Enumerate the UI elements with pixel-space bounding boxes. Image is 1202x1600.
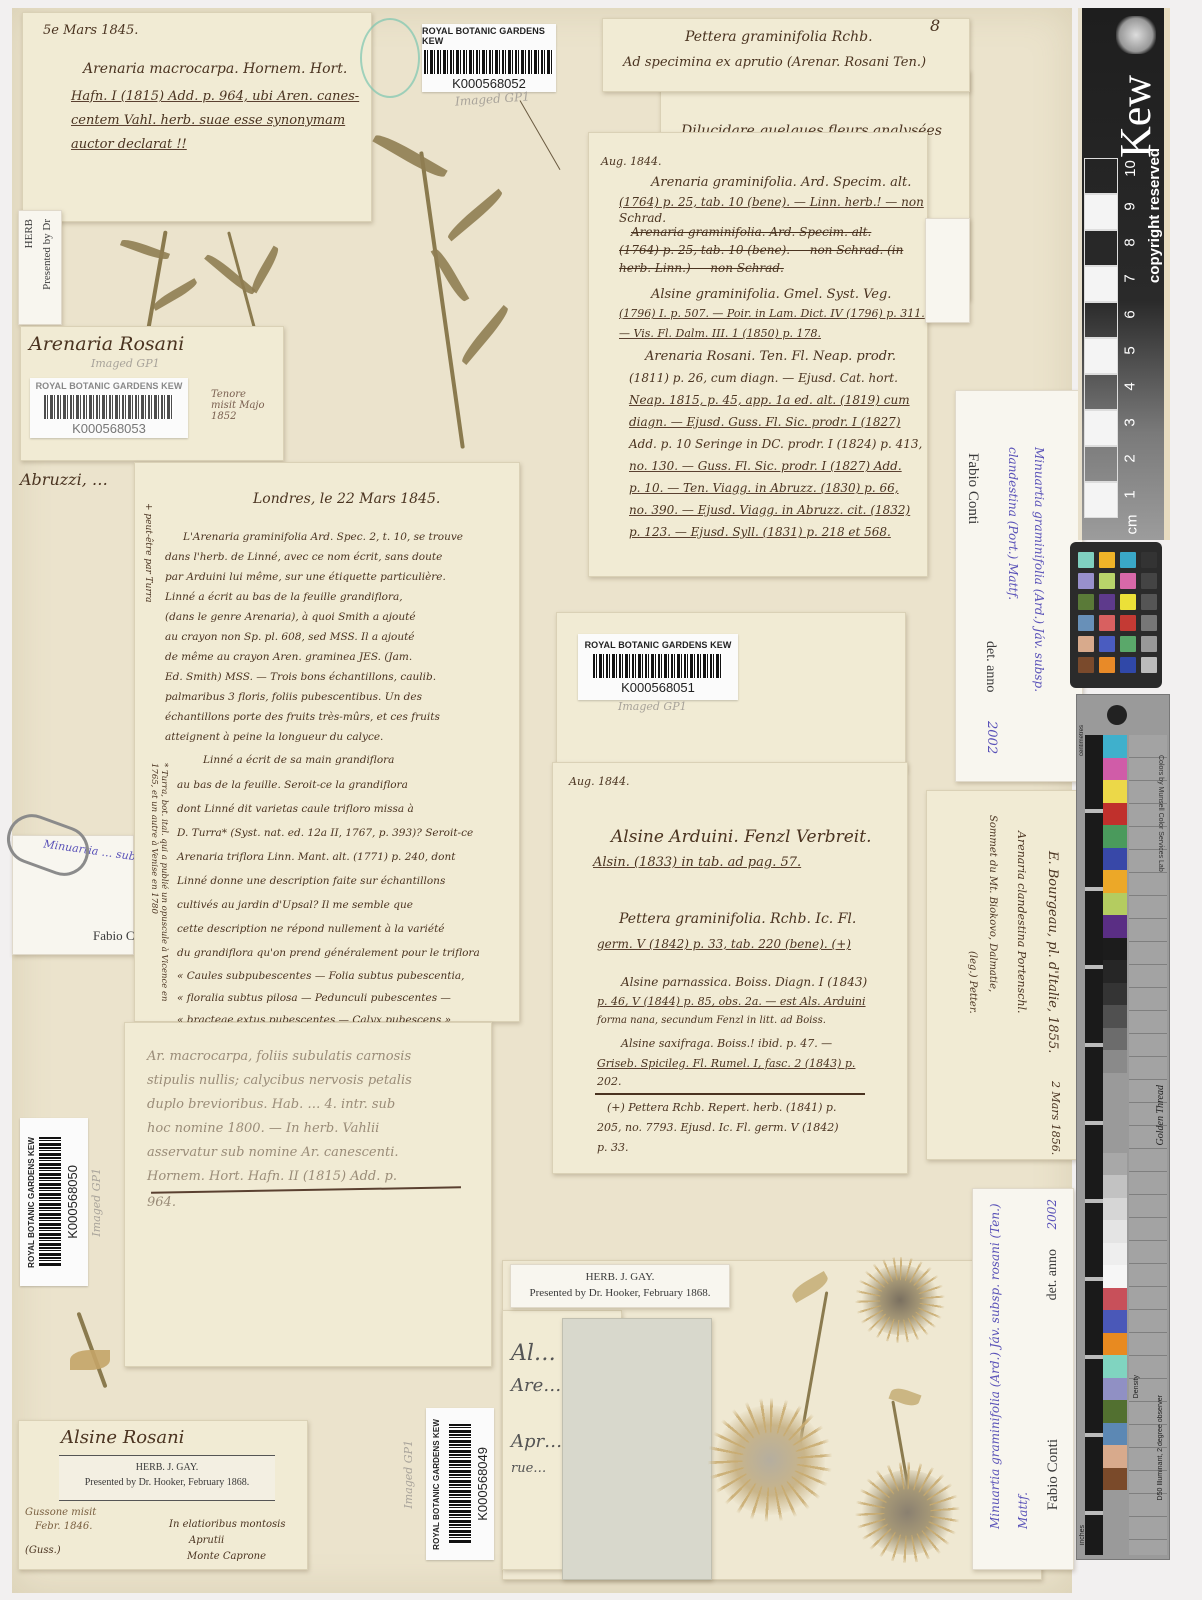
bourgeau-line: 2 Mars 1856. [1049,1081,1062,1155]
locality-note: In elatioribus montosis [169,1519,285,1530]
herb-line: Presented by Dr. Hooker, February 1868. [511,1287,729,1299]
note-line: duplo brevioribus. Hab. … 4. intr. sub [147,1097,395,1112]
notes-line: Add. p. 10 Seringe in DC. prodr. I (1824… [629,437,922,451]
barcode-bars [39,1137,61,1267]
color-patch [1141,657,1157,673]
letter-line: du grandiflora qu'on prend généralement … [177,941,513,965]
notes-line: Alsine saxifraga. Boiss.! ibid. p. 47. — [621,1037,832,1050]
small-white-slip [925,218,970,323]
barcode-number: K000568049 [475,1447,490,1521]
notes-line: diagn. — Ejusd. Guss. Fl. Sic. prodr. I … [629,415,901,429]
notes-line: p. 33. [597,1141,629,1154]
ruler-tick-label: 8 [1122,238,1139,246]
det-year: 2002 [1045,1199,1059,1230]
locality-note: Aprutii [189,1535,224,1546]
barcode-institution: ROYAL BOTANIC GARDENS KEW [585,640,732,650]
label-line: auctor declarat !! [71,137,187,152]
notes-line: no. 130. — Guss. Fl. Sic. prodr. I (1827… [629,459,902,473]
notes-line: germ. V (1842) p. 33, tab. 220 (bene). (… [597,937,851,951]
ruler-tick-label: 6 [1122,310,1139,318]
brand-label: Golden Thread [1155,1085,1166,1145]
herb-gay-stamp: HERB. J. GAY. Presented by Dr. Hooker, F… [59,1455,275,1501]
letter-line: « Caules subpubescentes — Folia subtus p… [177,965,513,987]
notes-line-struck: herb. Linn.) — non Schrad. [619,261,784,275]
notes-line: (1796) I. p. 507. — Poir. in Lam. Dict. … [619,307,925,320]
letter-line: au bas de la feuille. Seroit-ce la grand… [177,773,513,797]
copyright-text: copyright reserved [1146,148,1163,283]
label-line: Arenaria macrocarpa. Hornem. Hort. [83,61,347,77]
ruler-tick-label: 1 [1122,490,1139,498]
barcode-number: K000568050 [65,1165,80,1239]
barcode-institution: ROYAL BOTANIC GARDENS KEW [36,381,183,391]
barcode-label-k000568053: ROYAL BOTANIC GARDENS KEW K000568053 [30,378,188,438]
letter-londres-1845: Londres, le 22 Mars 1845. + peut-être pa… [134,462,520,1022]
ruler-tick-label: 3 [1122,418,1139,426]
color-patch [1120,594,1136,610]
letter-line: Linné donne une description faite sur éc… [177,869,513,893]
letter-line: atteignent à peine la longueur du calyce… [165,727,513,747]
barcode-label-k000568052: ROYAL BOTANIC GARDENS KEW K000568052 [422,24,556,92]
color-patch [1099,552,1115,568]
note-line: 964. [147,1195,176,1210]
bourgeau-line: Arenaria clandestina Portenschl. [1015,831,1028,1014]
color-target-card: Colors by Munsell Color Services Lab Gol… [1076,694,1170,1560]
label-date: 5e Mars 1845. [43,23,138,38]
barcode-institution: ROYAL BOTANIC GARDENS KEW [432,1419,441,1550]
notes-line: (+) Pettera Rchb. Repert. herb. (1841) p… [607,1101,836,1114]
color-patch [1099,636,1115,652]
munsell-credit: Colors by Munsell Color Services Lab [1157,755,1164,872]
color-patch [1120,657,1136,673]
locality-note: Monte Caprone [187,1551,266,1562]
letter-body: L'Arenaria graminifolia Ard. Spec. 2, t.… [183,527,513,1053]
color-checker-chart [1070,542,1162,688]
collector-note: Tenore misit Majo 1852 [211,389,271,422]
label-line: Pettera graminifolia Rchb. [685,29,873,45]
letter-heading: Londres, le 22 Mars 1845. [253,491,440,507]
notes-line: Griseb. Spicileg. Fl. Rumel. I, fasc. 2 … [597,1057,855,1070]
letter-line: palmaribus 3 floris, foliis pubescentibu… [165,687,513,707]
notes-line-struck: Arenaria graminifolia. Ard. Specim. alt. [631,225,871,239]
letter-line: échantillons porte des fruits très-mûrs,… [165,707,513,727]
notes-line: 202. [597,1075,622,1088]
centimetres-label: centimetres [1079,725,1085,756]
color-patch [1078,594,1094,610]
herb-line: HERB [23,219,35,248]
letter-line: Linné a écrit au bas de la feuille grand… [165,587,513,607]
notes-line: Pettera graminifolia. Rchb. Ic. Fl. [619,911,856,927]
barcode-number: K000568053 [72,421,146,436]
color-patch [1078,573,1094,589]
note-macrocarpa: Ar. macrocarpa, foliis subulatis carnosi… [124,1022,492,1367]
kew-scale-ruler: Kew copyright reserved 10 9 8 7 6 5 4 3 … [1078,8,1170,540]
letter-line: au crayon non Sp. pl. 608, sed MSS. Il a… [165,627,513,647]
letter-line: « floralia subtus pilosa — Pedunculi pub… [177,987,513,1009]
packet-line: Apr… [511,1431,562,1452]
letter-line: dont Linné dit varietas caule trifloro m… [177,797,513,821]
ruler-tick-label: 5 [1122,346,1139,354]
letter-line: Linné a écrit de sa main grandiflora [203,747,513,773]
barcode-label-k000568049: ROYAL BOTANIC GARDENS KEW K000568049 [426,1408,494,1560]
color-patch [1078,615,1094,631]
collector-note: (Guss.) [25,1545,61,1556]
species-name: Arenaria Rosani [29,333,184,355]
herb-line: HERB. J. GAY. [511,1271,729,1283]
packet-line: Al… [511,1341,556,1366]
inches-label: inches [1079,1525,1086,1545]
note-line: Hornem. Hort. Hafn. II (1815) Add. p. [147,1169,397,1184]
color-patch [1099,615,1115,631]
color-strip [1103,735,1127,1490]
det-year: 2002 [984,721,999,754]
bourgeau-line: E. Bourgeau, pl. d'Italie, 1855. [1045,851,1060,1053]
label-bourgeau: E. Bourgeau, pl. d'Italie, 1855. Arenari… [926,790,1078,1160]
notes-line: p. 123. — Ejusd. Syll. (1831) p. 218 et … [629,525,891,539]
color-patch [1099,573,1115,589]
label-line: centem Vahl. herb. suae esse synonymam [71,113,345,128]
underline-rule [151,1186,461,1193]
color-patch [1078,552,1094,568]
color-patch [1141,615,1157,631]
ruler-tick-label: 9 [1122,202,1139,210]
barcode-bars [593,654,723,678]
letter-line: (dans le genre Arenaria), à quoi Smith a… [165,607,513,627]
notes-line: Schrad. [619,211,666,225]
notes-line: (1764) p. 25, tab. 10 (bene). — Linn. he… [619,195,924,209]
collector-note: Gussone misit [25,1507,96,1518]
imaged-mark: Imaged GP1 [402,1440,415,1509]
bourgeau-line: (leg.) Petter. [967,951,978,1014]
ruler-unit-label: cm [1124,515,1141,535]
color-patch [1141,636,1157,652]
color-patch [1141,552,1157,568]
imaged-mark: Imaged GP1 [90,1168,103,1237]
color-patch [1099,594,1115,610]
letter-line: cette description ne répond nullement à … [177,917,513,941]
herb-gay-side-label: HERB Presented by Dr [18,210,62,325]
barcode-bars [44,395,174,419]
notes-line: Alsine graminifolia. Gmel. Syst. Veg. [651,287,891,302]
notes-line: — Vis. Fl. Dalm. III. 1 (1850) p. 178. [619,327,821,340]
barcode-number: K000568052 [452,76,526,91]
notes-line: forma nana, secundum Fenzl in litt. ad B… [597,1015,826,1026]
color-patch [1120,636,1136,652]
imaged-mark: Imaged GP1 [91,357,160,370]
det-slip-clandestina: Fabio Conti Minuartia graminifolia (Ard.… [955,390,1083,782]
collector-note: Febr. 1846. [35,1521,92,1532]
species-name: Alsine Rosani [61,1427,184,1448]
notes-line: Alsine parnassica. Boiss. Diagn. I (1843… [621,975,867,989]
color-patch [1141,573,1157,589]
color-patch [1099,657,1115,673]
barcode-bars [449,1424,471,1544]
glassine-packet [562,1318,712,1580]
determination-text: Minuartia graminifolia (Ard.) Jáv. subsp… [1000,447,1052,747]
notes-line: no. 390. — Ejusd. Viagg. in Abruzz. cit.… [629,503,910,517]
notes-date: Aug. 1844. [569,775,630,788]
notes-line: p. 10. — Ten. Viagg. in Abruzz. (1830) p… [629,481,899,495]
folder-number: 8 [930,16,940,35]
illuminant-label: D50 Illuminant, 2 degree observer [1157,1395,1164,1500]
barcode-label-k000568051: ROYAL BOTANIC GARDENS KEW K000568051 [578,634,738,700]
color-patch [1120,573,1136,589]
notes-line: Arenaria Rosani. Ten. Fl. Neap. prodr. [645,349,896,364]
color-patch [1120,615,1136,631]
letter-line: cultivés au jardin d'Upsal? Il me semble… [177,893,513,917]
herb-line: HERB. J. GAY. [59,1462,275,1473]
label-alsine-rosani: Alsine Rosani HERB. J. GAY. Presented by… [18,1420,308,1570]
notes-date: Aug. 1844. [601,155,662,168]
notes-line: 205, no. 7793. Ejusd. Ic. Fl. germ. V (1… [597,1121,839,1134]
density-label: Density [1133,1375,1140,1398]
barcode-institution: ROYAL BOTANIC GARDENS KEW [27,1137,36,1268]
notes-aug-1844-a: Aug. 1844. Arenaria graminifolia. Ard. S… [588,132,928,577]
letter-line: D. Turra* (Syst. nat. ed. 12a II, 1767, … [177,821,513,845]
letter-margin-note: + peut-être par Turra [143,503,153,602]
color-patch [1141,594,1157,610]
note-line: hoc nomine 1800. — In herb. Vahlii [147,1121,379,1136]
label-line: Hafn. I (1815) Add. p. 964, ubi Aren. ca… [71,89,359,104]
note-line: asservatur sub nomine Ar. canescenti. [147,1145,399,1160]
letter-line: Ed. Smith) MSS. — Trois bons échantillon… [165,667,513,687]
ruler-tick-label: 10 [1122,160,1139,177]
barcode-number: K000568051 [621,680,695,695]
notes-line: Alsin. (1833) in tab. ad pag. 57. [593,855,801,870]
color-patch [1078,657,1094,673]
label-pettera-graminifolia: Pettera graminifolia Rchb. Ad specimina … [602,18,970,92]
letter-line: de même au crayon Aren. graminea JES. (J… [165,647,513,667]
notes-line: Arenaria graminifolia. Ard. Specim. alt. [651,175,911,190]
notes-line: p. 46, V (1844) p. 85, obs. 2a. — est Al… [597,995,866,1008]
bourgeau-line: Sommet du Mt. Biokovo, Dalmatie, [987,815,998,992]
ruler-tick-label: 2 [1122,454,1139,462]
det-anno-label: det. anno [1045,1249,1061,1300]
kew-crest-icon [1116,16,1156,54]
det-anno-label: det. anno [982,641,998,692]
color-patch [1120,552,1136,568]
herbarium-stamp [360,18,420,98]
label-arenaria-macrocarpa: 5e Mars 1845. Arenaria macrocarpa. Horne… [22,12,372,222]
locality-note: Abruzzi, … [20,470,108,489]
barcode-label-k000568050: ROYAL BOTANIC GARDENS KEW K000568050 [20,1118,88,1286]
letter-line: Arenaria triflora Linn. Mant. alt. (1771… [177,845,513,869]
herb-gay-label-center: HERB. J. GAY. Presented by Dr. Hooker, F… [510,1264,730,1308]
note-line: stipulis nullis; calycibus nervosis peta… [147,1073,412,1088]
letter-line: par Arduini lui même, sur une étiquette … [165,567,513,587]
note-line: Ar. macrocarpa, foliis subulatis carnosi… [147,1049,411,1064]
cm-scale [1085,735,1103,1555]
notes-line: (1811) p. 26, cum diagn. — Ejusd. Cat. h… [629,371,898,385]
imaged-mark: Imaged GP1 [618,700,687,713]
letter-footnote: * Turra, bot. ital. qui a publié un opus… [149,763,169,1003]
ruler-scale [1084,158,1118,538]
packet-line: Are… [511,1375,561,1396]
determiner-name: Fabio Conti [964,453,981,524]
determiner-name: Fabio Conti [1045,1439,1062,1510]
target-dot-icon [1107,705,1127,725]
notes-line: Alsine Arduini. Fenzl Verbreit. [611,827,871,847]
notes-line-struck: (1764) p. 25, tab. 10 (bene). — non Schr… [619,243,903,257]
label-line: Ad specimina ex aprutio (Arenar. Rosani … [623,55,926,70]
letter-line: dans l'herb. de Linné, avec ce nom écrit… [165,547,513,567]
kew-logo: Kew [1110,75,1161,158]
det-slip-rosani: Minuartia graminifolia (Ard.) Jáv. subsp… [972,1188,1074,1570]
herb-line: Presented by Dr [41,219,53,290]
notes-line: Neap. 1815, p. 45, app. 1a ed. alt. (181… [629,393,910,407]
determination-text: Minuartia graminifolia (Ard.) Jáv. subsp… [981,1199,1037,1529]
divider-rule [595,1093,865,1095]
notes-aug-1844-b: Aug. 1844. Alsine Arduini. Fenzl Verbrei… [552,762,908,1174]
packet-line: rue… [511,1461,546,1476]
barcode-institution: ROYAL BOTANIC GARDENS KEW [422,26,556,46]
color-patch [1078,636,1094,652]
ruler-tick-label: 7 [1122,274,1139,282]
ruler-tick-label: 4 [1122,382,1139,390]
letter-line: L'Arenaria graminifolia Ard. Spec. 2, t.… [183,527,513,547]
herb-line: Presented by Dr. Hooker, February 1868. [59,1477,275,1488]
barcode-bars [424,50,554,74]
